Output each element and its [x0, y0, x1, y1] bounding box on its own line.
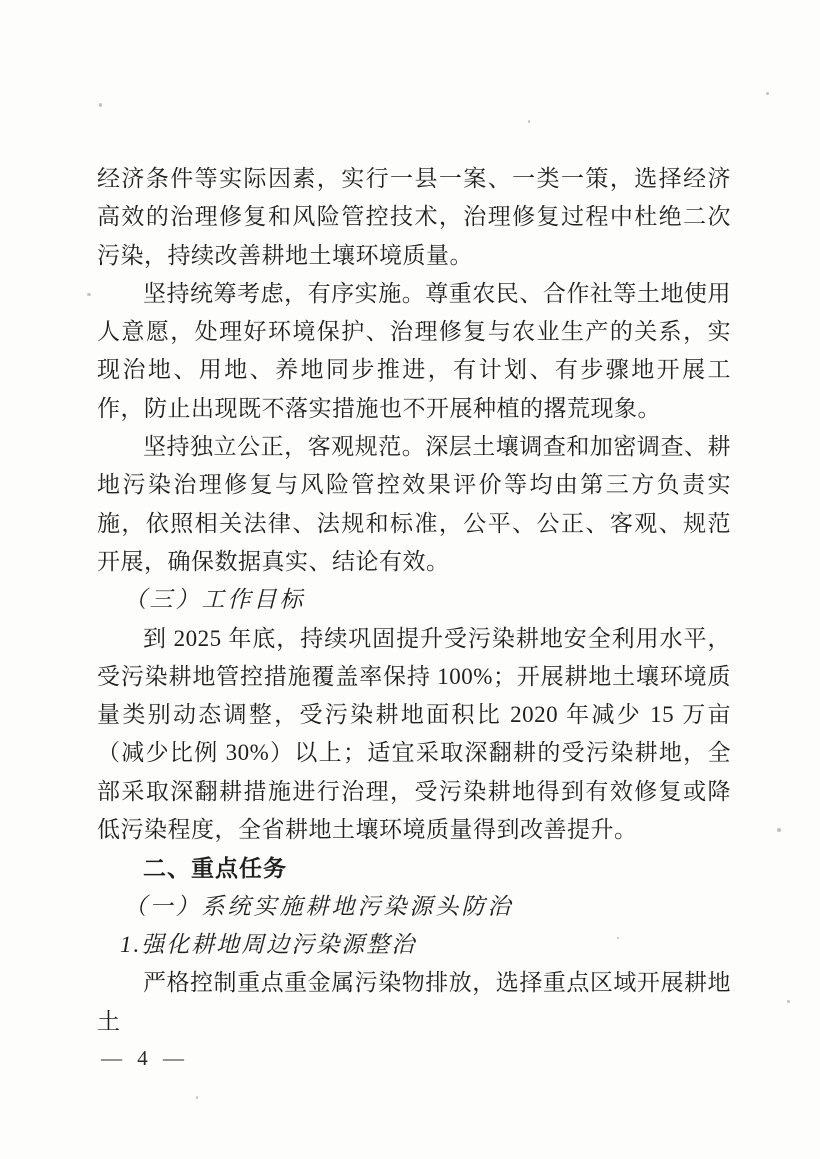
paragraph-2025-goals: 到 2025 年底，持续巩固提升受污染耕地安全利用水平，受污染耕地管控措施覆盖率… — [97, 620, 731, 850]
scan-speckle — [87, 293, 91, 296]
section-heading-source-prevention: （一）系统实施耕地污染源头防治 — [97, 888, 731, 926]
scan-speckle — [528, 120, 530, 123]
document-body: 经济条件等实际因素，实行一县一案、一类一策，选择经济高效的治理修复和风险管控技术… — [97, 160, 731, 1041]
subheading-pollution-source-remediation: 1.强化耕地周边污染源整治 — [97, 926, 731, 964]
scanned-document-page: 经济条件等实际因素，实行一县一案、一类一策，选择经济高效的治理修复和风险管控技术… — [0, 0, 820, 1159]
chapter-heading-key-tasks: 二、重点任务 — [97, 849, 731, 887]
paragraph-heavy-metal-control: 严格控制重点重金属污染物排放，选择重点区域开展耕地土 — [97, 964, 731, 1041]
scan-speckle — [99, 103, 102, 107]
scan-speckle — [196, 1096, 198, 1099]
scan-speckle — [766, 92, 769, 95]
section-heading-work-goals: （三）工作目标 — [97, 581, 731, 619]
paragraph-continued-economic-conditions: 经济条件等实际因素，实行一县一案、一类一策，选择经济高效的治理修复和风险管控技术… — [97, 160, 731, 275]
page-number: — 4 — — [101, 1046, 186, 1071]
scan-speckle — [617, 937, 619, 939]
paragraph-independent-fairness: 坚持独立公正，客观规范。深层土壤调查和加密调查、耕地污染治理修复与风险管控效果评… — [97, 428, 731, 581]
scan-speckle — [787, 1000, 790, 1003]
paragraph-coordinated-implementation: 坚持统筹考虑，有序实施。尊重农民、合作社等土地使用人意愿，处理好环境保护、治理修… — [97, 275, 731, 428]
scan-speckle — [777, 828, 781, 832]
